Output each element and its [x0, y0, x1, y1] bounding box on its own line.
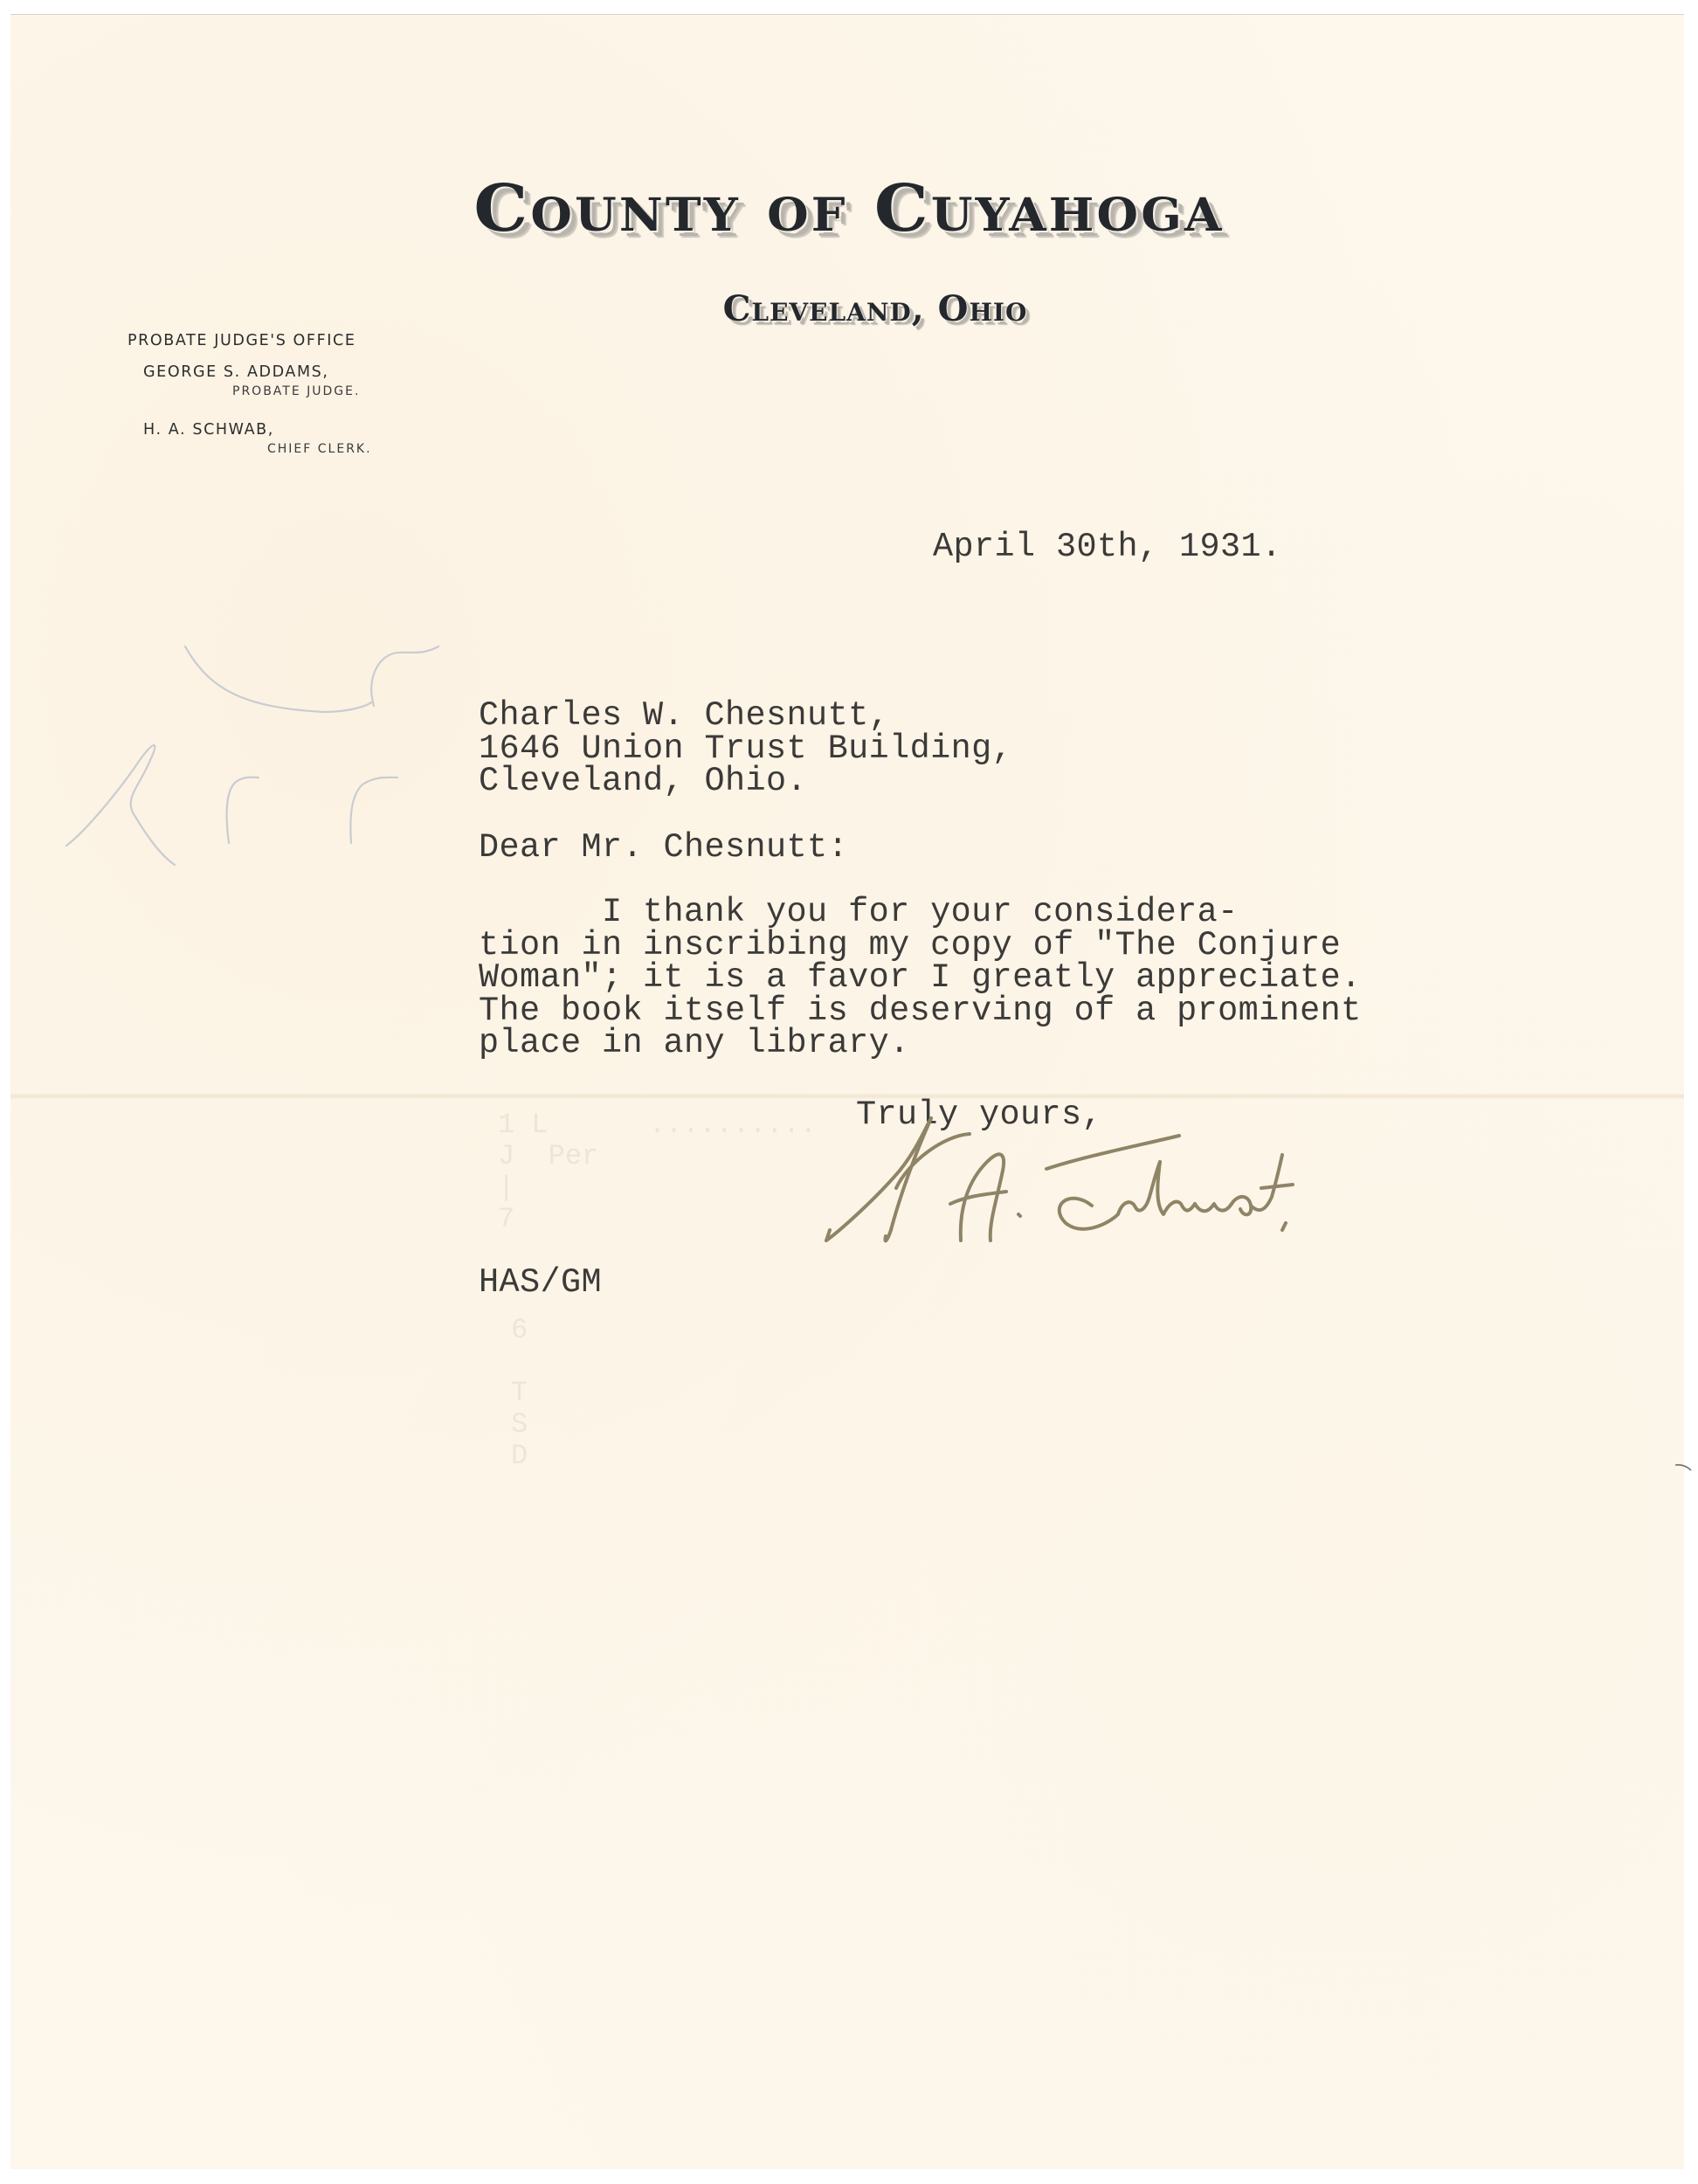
show-through-text: 6 T S D	[511, 1315, 562, 1472]
letter-body: I thank you for your considera-tion in i…	[479, 896, 1362, 1061]
pencil-annotation	[35, 612, 472, 891]
office-name: PROBATE JUDGE'S OFFICE	[128, 332, 372, 349]
judge-name: GEORGE S. ADDAMS,	[128, 363, 372, 381]
office-block: PROBATE JUDGE'S OFFICE GEORGE S. ADDAMS,…	[128, 332, 372, 456]
recipient-address: Charles W. Chesnutt,1646 Union Trust Bui…	[479, 700, 1012, 798]
body-line: place in any library.	[479, 1027, 1362, 1061]
edge-mark	[1675, 1462, 1693, 1473]
show-through-text: 1 L .......... J Per | 7	[498, 1109, 817, 1235]
salutation: Dear Mr. Chesnutt:	[479, 832, 848, 865]
body-line: Woman"; it is a favor I greatly apprecia…	[479, 962, 1362, 995]
recipient-name: Charles W. Chesnutt,	[479, 700, 1012, 733]
handwritten-signature	[804, 1101, 1380, 1275]
letterhead-location: Cleveland, Ohio	[26, 288, 1698, 329]
body-line: tion in inscribing my copy of "The Conju…	[479, 930, 1362, 963]
recipient-street: 1646 Union Trust Building,	[479, 733, 1012, 766]
reference-initials: HAS/GM	[479, 1267, 602, 1300]
letter-date: April 30th, 1931.	[933, 531, 1282, 564]
clerk-title: CHIEF CLERK.	[128, 442, 372, 456]
recipient-city: Cleveland, Ohio.	[479, 765, 1012, 798]
letterhead-title: County of Cuyahoga	[0, 171, 1698, 246]
clerk-name: H. A. SCHWAB,	[128, 421, 372, 439]
body-line: I thank you for your considera-	[479, 896, 1362, 930]
judge-title: PROBATE JUDGE.	[128, 384, 372, 398]
fold-crease	[10, 1094, 1684, 1099]
body-line: The book itself is deserving of a promin…	[479, 995, 1362, 1028]
